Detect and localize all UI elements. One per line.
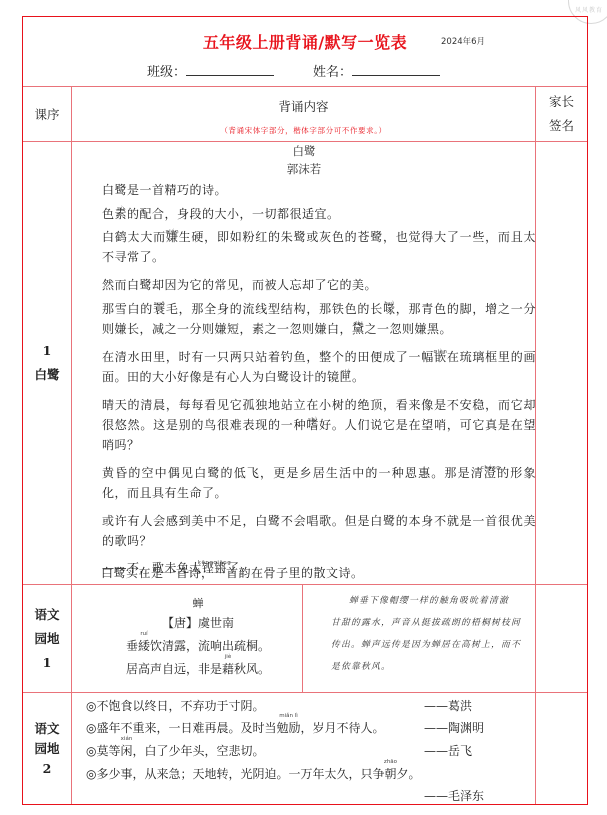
lesson-line1: 语文 (34, 719, 59, 739)
lesson-cell-1: 1 白鹭 (23, 142, 71, 584)
poem-explanation: 蝉垂下像帽缨一样的触角吸吮着清澈 甘甜的露水，声音从挺拔疏朗的梧桐树枝间 传出。… (331, 590, 534, 678)
lesson-col-header: 课序 (23, 87, 71, 141)
essay-paragraph: 色素sù的配合，身段的大小，一切都很适宜。 (78, 204, 536, 224)
lesson-line2: 园地 (34, 739, 59, 759)
essay-paragraph: 在清水田里，时有一只两只站着钓鱼，整个的田便成了一幅嵌qiàn在琉璃框里的画面。… (78, 347, 536, 387)
essay-paragraph: 然而白鹭却因为它的常见，而被人忘却了它的美。 (78, 275, 536, 295)
name-label: 姓名： (313, 65, 352, 80)
class-field[interactable]: 班级： (147, 61, 274, 80)
lesson-number: 1 (43, 339, 52, 363)
poem-line: 居高声自远，非是藉jiè秋风。 (72, 660, 324, 677)
quote-line: ◎莫等闲xián，白了少年头，空悲切。 (86, 742, 265, 759)
lesson-number: 1 (43, 651, 52, 675)
row1-bottom-rule (23, 584, 587, 585)
essay-title: 白鹭 (72, 143, 536, 159)
content-note: （背诵宋体字部分，楷体字部分可不作要求。） (220, 125, 386, 136)
lesson-cell-2: 语文 园地 1 (23, 585, 71, 692)
recitation-table: 五年级上册背诵/默写一览表 2024年6月 班级： 姓名： 课序 背诵内容 （背… (22, 16, 588, 805)
sign-header-line1: 家长 (549, 90, 574, 114)
poem-author: 【唐】虞世南 (72, 614, 324, 631)
content-col-header: 背诵内容 （背诵宋体字部分，楷体字部分可不作要求。） (72, 87, 535, 141)
essay-author: 郭沫若 (72, 161, 536, 177)
lesson-cell-3: 语文 园地 2 (23, 693, 71, 804)
lesson-name: 白鹭 (34, 363, 59, 387)
essay-paragraph: 或许有人会感到美中不足，白鹭不会唱歌。但是白鹭的本身不就是一首很优美的歌吗？ (78, 511, 536, 551)
lesson-line2: 园地 (34, 627, 59, 651)
poem-line: 垂緌ruí饮清露，流响出疏桐。 (72, 637, 324, 654)
quote-author: ——葛洪 (424, 697, 472, 714)
quote-author: ——陶渊明 (424, 719, 484, 736)
lesson-line1: 语文 (34, 603, 59, 627)
sign-header-line2: 签名 (549, 114, 574, 138)
lesson-col-header-label: 课序 (34, 105, 59, 123)
row2-bottom-rule (23, 692, 587, 693)
essay-paragraph: 那雪白的蓑suō毛，那全身的流线型结构，那铁色的长喙huì，那青色的脚，增之一分… (78, 299, 536, 339)
title-block: 五年级上册背诵/默写一览表 2024年6月 (23, 30, 587, 53)
name-field[interactable]: 姓名： (313, 61, 440, 80)
name-blank[interactable] (352, 63, 440, 76)
date-label: 2024年6月 (441, 35, 485, 47)
content-col-header-label: 背诵内容 (278, 97, 328, 115)
essay-paragraph: 白鹤太大而嫌xián生硬，即如粉红的朱鹭或灰色的苍鹭，也觉得大了一些，而且太不寻… (78, 227, 536, 267)
quote-line: ◎多少事，从来急；天地转，光阴迫。一万年太久，只争朝zhāo夕。 (86, 765, 421, 782)
essay-paragraph: 白鹭是一首精巧的诗。 (78, 180, 536, 200)
poem-title: 蝉 (72, 595, 324, 611)
header-bottom-rule (23, 141, 587, 142)
sign-col-header: 家长 签名 (536, 87, 587, 141)
class-label: 班级： (147, 65, 186, 80)
essay-paragraph: 晴天的清晨，每每看见它孤独地站立在小树的绝顶，看来像是不安稳，而它却很悠然。这是… (78, 395, 536, 455)
quote-author: ——毛泽东 (424, 787, 484, 804)
quote-line: ◎盛年不重来，一日难再晨。及时当勉励miǎn lì，岁月不待人。 (86, 719, 385, 736)
page-title: 五年级上册背诵/默写一览表 (203, 33, 407, 52)
quote-author: ——岳飞 (424, 742, 472, 759)
lesson-col-divider (71, 86, 72, 804)
essay-paragraph: 白鹭实在是一首诗，一首韵在骨子里的散文诗。 (77, 563, 535, 583)
lesson-number: 2 (43, 759, 52, 779)
pinyin-annotation: 素sù (115, 207, 128, 221)
class-blank[interactable] (186, 63, 274, 76)
quote-line: ◎不饱食以终日，不弃功于寸阴。 (86, 697, 264, 714)
essay-paragraph: 黄昏的空中偶见白鹭的低飞，更是乡居生活中的一种恩惠。那是清澄chéng的形象化，… (78, 463, 536, 503)
